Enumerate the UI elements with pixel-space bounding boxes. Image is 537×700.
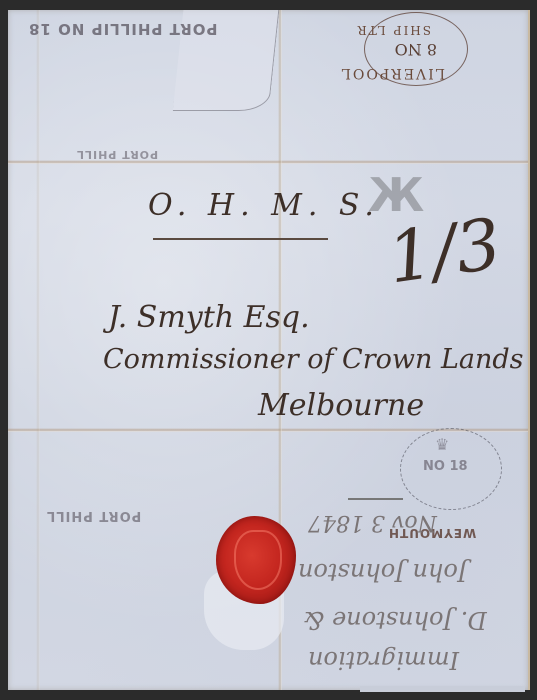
docket-line: D. Johnstone & (303, 606, 487, 634)
ohms-line: O. H. M. S. (148, 188, 380, 223)
addressee-city: Melbourne (258, 388, 424, 423)
docket-line: Immigration (308, 646, 459, 674)
crown-postmark: NO 18 ♛ (400, 428, 502, 510)
paper-edge (360, 686, 525, 692)
postmark-city: LIVERPOOL (340, 65, 445, 81)
liverpool-postmark: LIVERPOOL 8 NO SHIP LTR (364, 12, 468, 86)
port-phillip-postmark: PORT PHILLIP NO 18 (28, 20, 218, 38)
crown-icon: ♛ (435, 435, 449, 454)
postmark-date: NO 18 (423, 459, 468, 474)
fold-line (36, 10, 40, 690)
docket-name: John Johnston (298, 558, 467, 586)
ohms-underline (153, 238, 328, 240)
docket-date: Nov 3 1847 (308, 510, 437, 535)
postmark-text: PORT PHILLIP (91, 20, 218, 38)
postmark-date: 8 NO (395, 40, 437, 59)
postage-rate: 1/3 (383, 203, 506, 300)
addressee-name: J. Smyth Esq. (108, 300, 310, 335)
seal-crest-icon (234, 530, 282, 590)
port-phillip-back-mark: PORT PHILL (46, 508, 141, 523)
letter-sheet: PORT PHILLIP NO 18 PORT PHILL LIVERPOOL … (8, 10, 530, 690)
addressee-title: Commissioner of Crown Lands (103, 344, 524, 375)
postmark-date: NO 18 (28, 20, 84, 38)
postmark-rim-text: SHIP LTR (356, 23, 431, 37)
red-wax-seal (216, 516, 296, 604)
port-phillip-small-mark: PORT PHILL (76, 148, 158, 161)
stray-line (348, 498, 403, 500)
